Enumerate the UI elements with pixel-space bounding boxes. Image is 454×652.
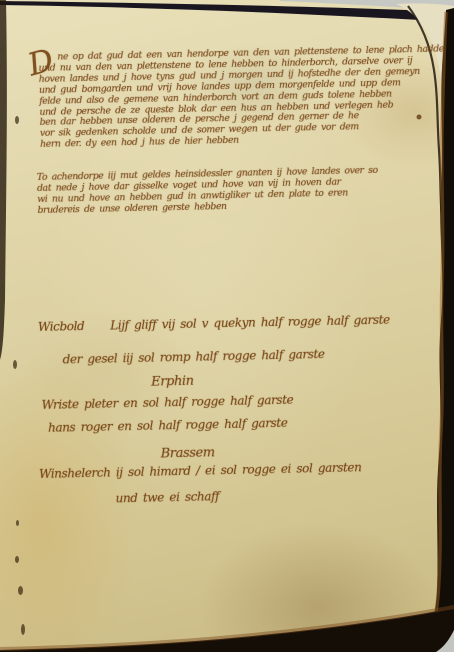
rent-entry: und twe ei schaff [115, 489, 219, 505]
rent-entry: WicboldLijf gliff vij sol v quekyn half … [38, 313, 390, 334]
rent-entry: hans roger en sol half rogge half garste [48, 416, 288, 435]
handwriting-layer: D ne op dat gud dat een van hendorpe van… [0, 0, 454, 652]
section-heading: Erphin [151, 374, 194, 390]
rent-entry: der gesel iij sol romp half rogge half g… [63, 347, 325, 366]
paragraph-2: To achendorpe iij mut geldes heinsidessl… [37, 166, 390, 217]
section-heading: Brassem [161, 445, 215, 461]
rent-entry: Winshelerch ij sol himard / ei sol rogge… [39, 460, 362, 481]
tenant-name: Wicbold [38, 319, 85, 334]
rent-entry: Wriste pleter en sol half rogge half gar… [41, 393, 293, 412]
manuscript-photo: D ne op dat gud dat een van hendorpe van… [0, 0, 454, 652]
paragraph-1: D ne op dat gud dat een van hendorpe van… [38, 45, 408, 151]
rent-amount: Lijf gliff vij sol v quekyn half rogge h… [110, 313, 390, 333]
